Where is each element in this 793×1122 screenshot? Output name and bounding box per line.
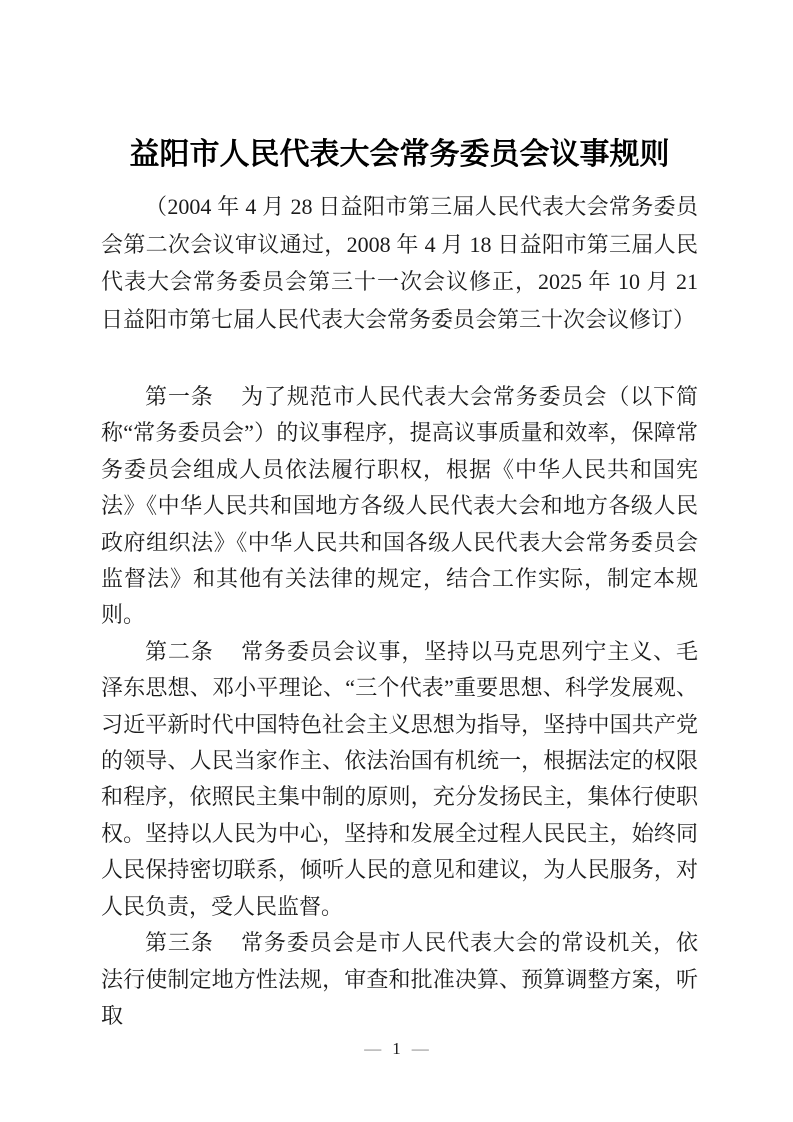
footer-dash-left: — [364, 1039, 381, 1058]
article-1-text: 为了规范市人民代表大会常务委员会（以下简称“常务委员会”）的议事程序，提高议事质… [101, 384, 698, 627]
page-number: 1 [392, 1039, 401, 1058]
article-paragraph-3: 第三条常务委员会是市人民代表大会的常设机关，依法行使制定地方性法规，审查和批准决… [101, 925, 698, 1034]
footer-dash-right: — [412, 1039, 429, 1058]
document-title: 益阳市人民代表大会常务委员会议事规则 [101, 134, 698, 176]
article-2-number: 第二条 [145, 639, 241, 664]
article-paragraph-1: 第一条为了规范市人民代表大会常务委员会（以下简称“常务委员会”）的议事程序，提高… [101, 379, 698, 634]
article-1-number: 第一条 [145, 384, 241, 409]
page-footer: —1— [0, 1039, 793, 1059]
article-3-number: 第三条 [145, 930, 241, 955]
article-2-text: 常务委员会议事，坚持以马克思列宁主义、毛泽东思想、邓小平理论、“三个代表”重要思… [101, 639, 698, 919]
document-page: 益阳市人民代表大会常务委员会议事规则 （2004 年 4 月 28 日益阳市第三… [0, 0, 793, 1122]
document-content: 益阳市人民代表大会常务委员会议事规则 （2004 年 4 月 28 日益阳市第三… [101, 0, 698, 1034]
article-paragraph-2: 第二条常务委员会议事，坚持以马克思列宁主义、毛泽东思想、邓小平理论、“三个代表”… [101, 634, 698, 925]
document-preamble: （2004 年 4 月 28 日益阳市第三届人民代表大会常务委员会第二次会议审议… [101, 188, 698, 338]
document-body: 第一条为了规范市人民代表大会常务委员会（以下简称“常务委员会”）的议事程序，提高… [101, 379, 698, 1034]
